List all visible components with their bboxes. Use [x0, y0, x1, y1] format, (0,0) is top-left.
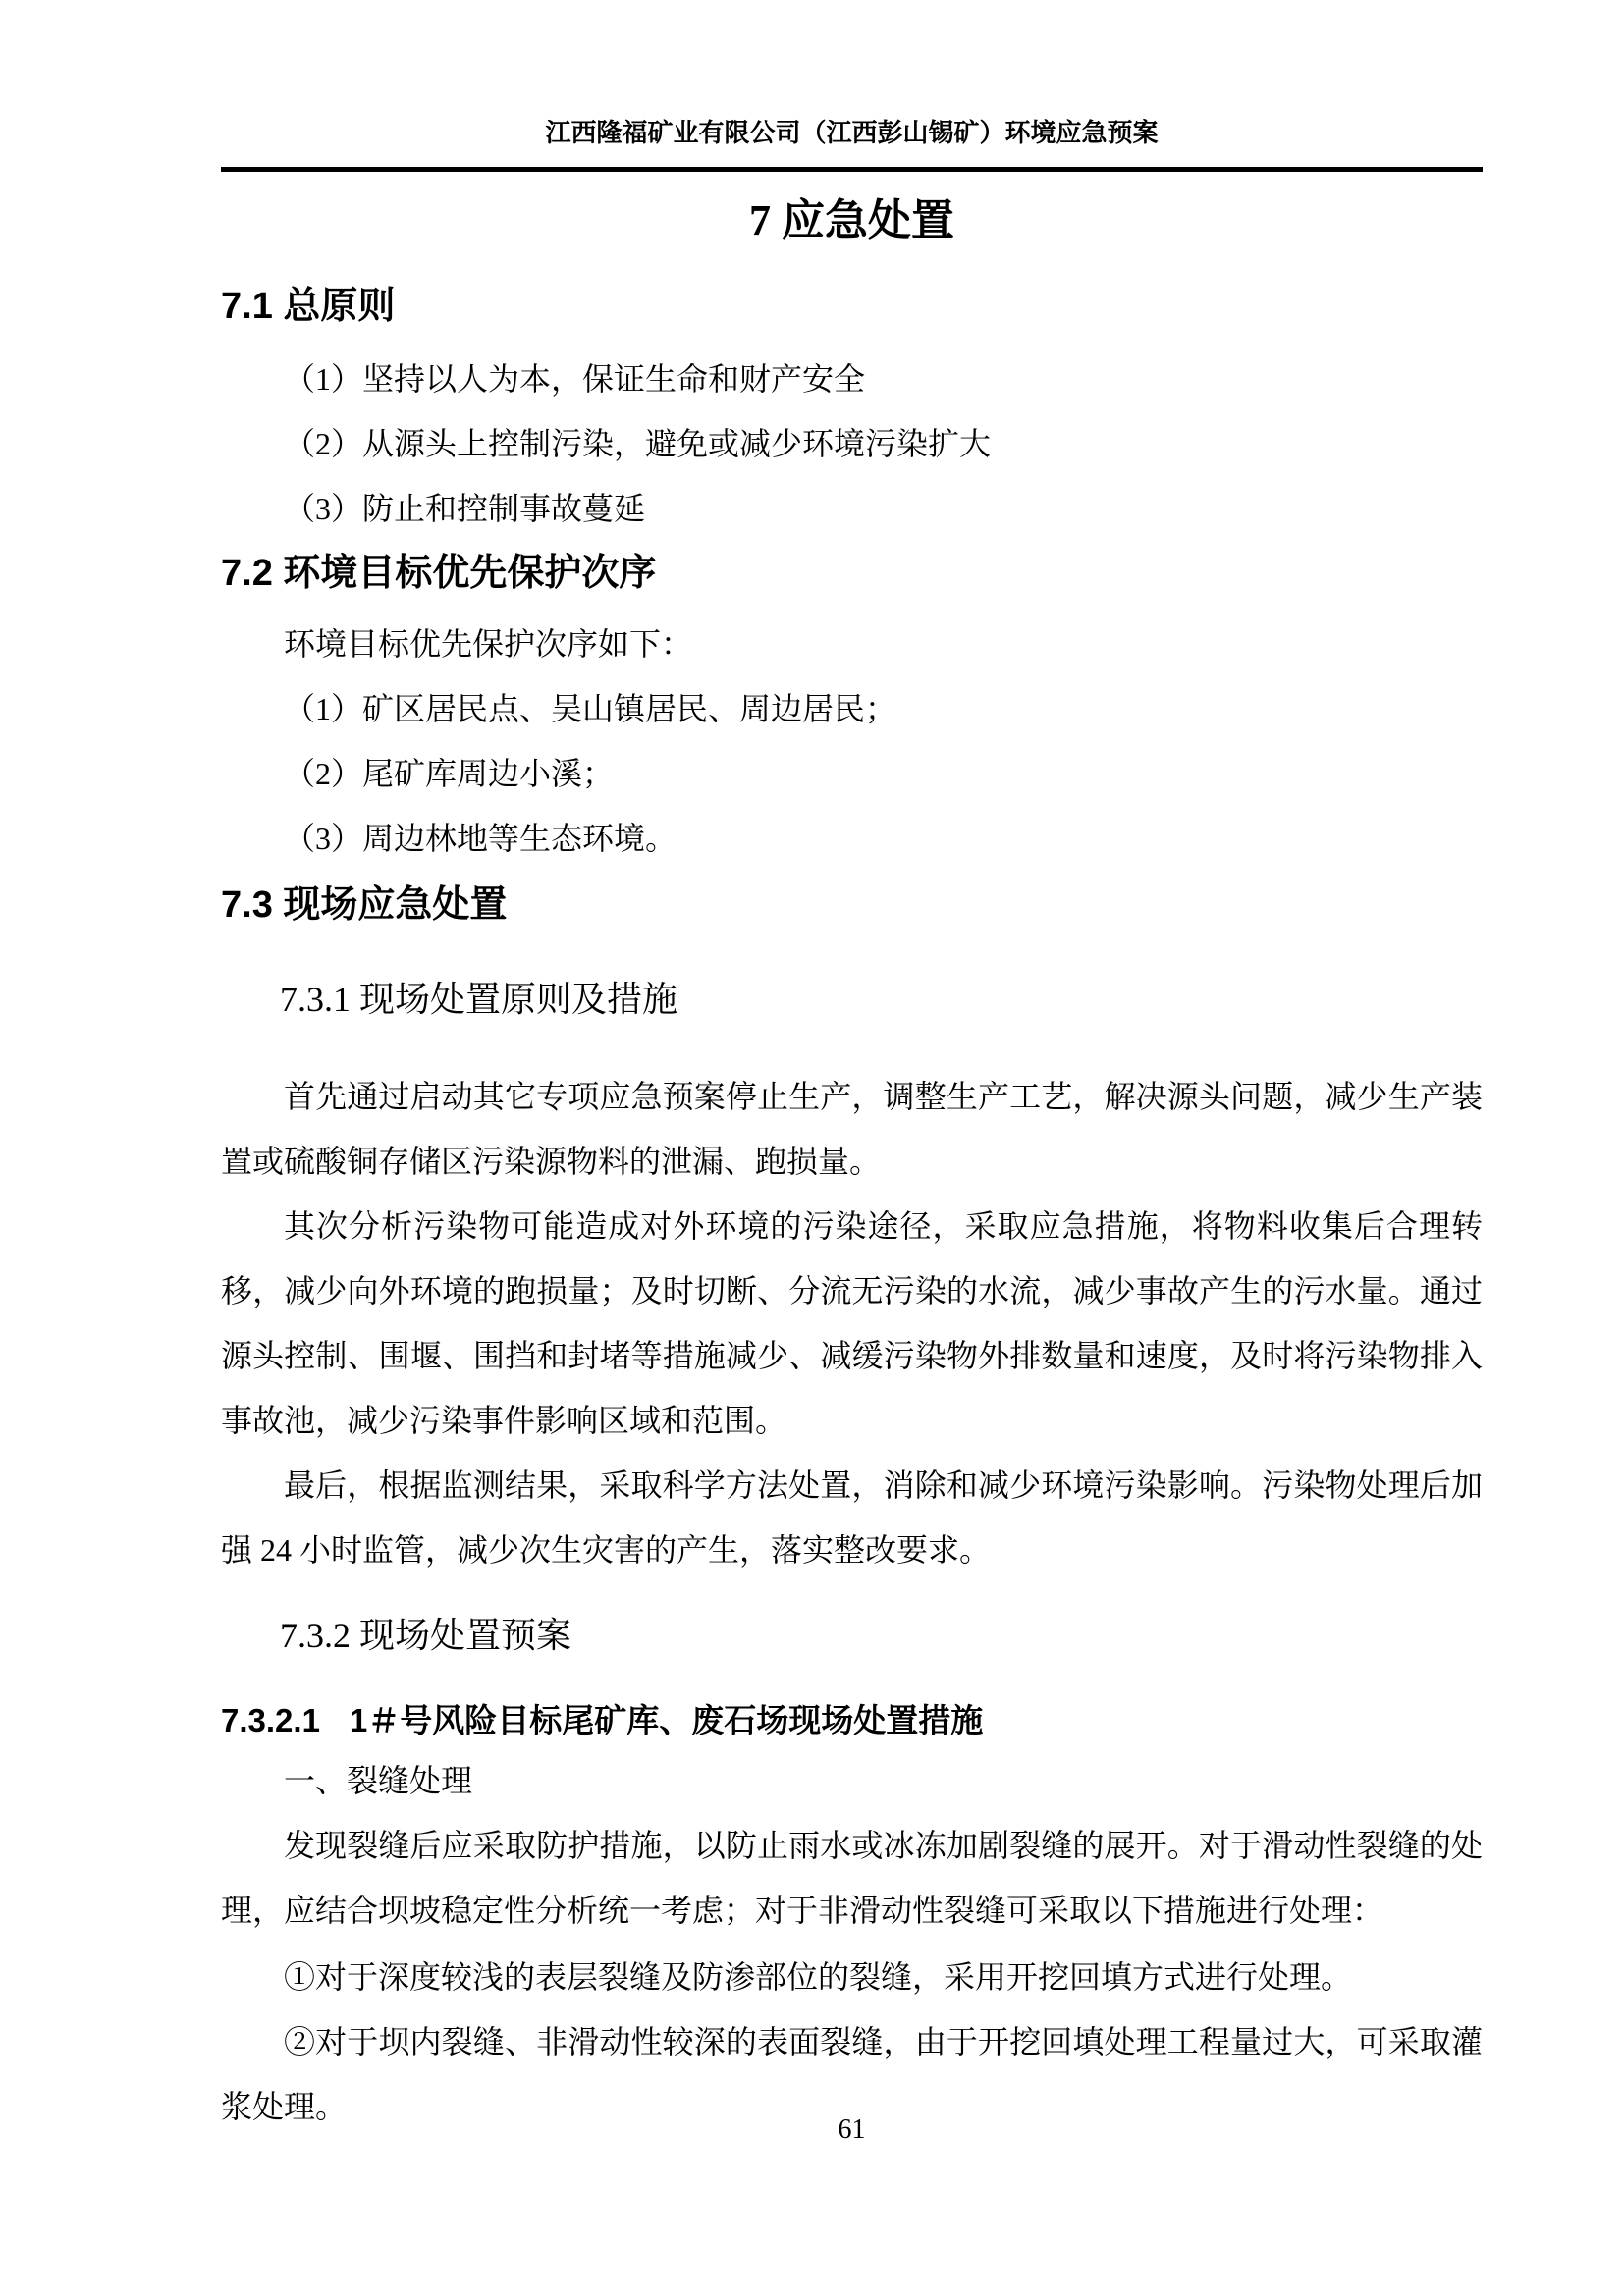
list-item: （1）矿区居民点、吴山镇居民、周边居民； — [221, 676, 1483, 741]
section-71-list: （1）坚持以人为本，保证生命和财产安全 （2）从源头上控制污染，避免或减少环境污… — [221, 347, 1483, 541]
section-72-intro: 环境目标优先保护次序如下： — [221, 612, 1483, 676]
running-header-title: 江西隆福矿业有限公司（江西彭山锡矿）环境应急预案 — [221, 116, 1483, 151]
section-7321-title: 1＃号风险目标尾矿库、废石场现场处置措施 — [350, 1702, 983, 1738]
paragraph: ①对于深度较浅的表层裂缝及防渗部位的裂缝，采用开挖回填方式进行处理。 — [221, 1945, 1483, 2009]
section-7321-number: 7.3.2.1 — [221, 1696, 320, 1745]
section-731-heading: 7.3.1 现场处置原则及措施 — [221, 972, 1483, 1027]
section-73-heading: 7.3 现场应急处置 — [221, 879, 1483, 932]
section-72-heading: 7.2 环境目标优先保护次序 — [221, 547, 1483, 600]
section-732-heading: 7.3.2 现场处置预案 — [221, 1608, 1483, 1663]
paragraph: 其次分析污染物可能造成对外环境的污染途径，采取应急措施，将物料收集后合理转移，减… — [221, 1194, 1483, 1453]
section-7321-heading: 7.3.2.11＃号风险目标尾矿库、废石场现场处置措施 — [221, 1696, 1483, 1745]
chapter-title: 7 应急处置 — [221, 191, 1483, 250]
header-rule — [221, 167, 1483, 172]
section-71-heading: 7.1 总原则 — [221, 280, 1483, 333]
list-item: （1）坚持以人为本，保证生命和财产安全 — [221, 347, 1483, 411]
crack-subheading: 一、裂缝处理 — [221, 1748, 1483, 1813]
list-item: （2）从源头上控制污染，避免或减少环境污染扩大 — [221, 411, 1483, 476]
paragraph: 首先通过启动其它专项应急预案停止生产，调整生产工艺，解决源头问题，减少生产装置或… — [221, 1064, 1483, 1194]
page-number: 61 — [221, 2110, 1483, 2150]
list-item: （3）防止和控制事故蔓延 — [221, 476, 1483, 541]
document-page: 江西隆福矿业有限公司（江西彭山锡矿）环境应急预案 7 应急处置 7.1 总原则 … — [0, 0, 1624, 2296]
paragraph: 最后，根据监测结果，采取科学方法处置，消除和减少环境污染影响。污染物处理后加强 … — [221, 1453, 1483, 1582]
list-item: （3）周边林地等生态环境。 — [221, 806, 1483, 871]
list-item: （2）尾矿库周边小溪； — [221, 741, 1483, 806]
paragraph: 发现裂缝后应采取防护措施，以防止雨水或冰冻加剧裂缝的展开。对于滑动性裂缝的处理，… — [221, 1813, 1483, 1943]
section-72-list: （1）矿区居民点、吴山镇居民、周边居民； （2）尾矿库周边小溪； （3）周边林地… — [221, 676, 1483, 871]
